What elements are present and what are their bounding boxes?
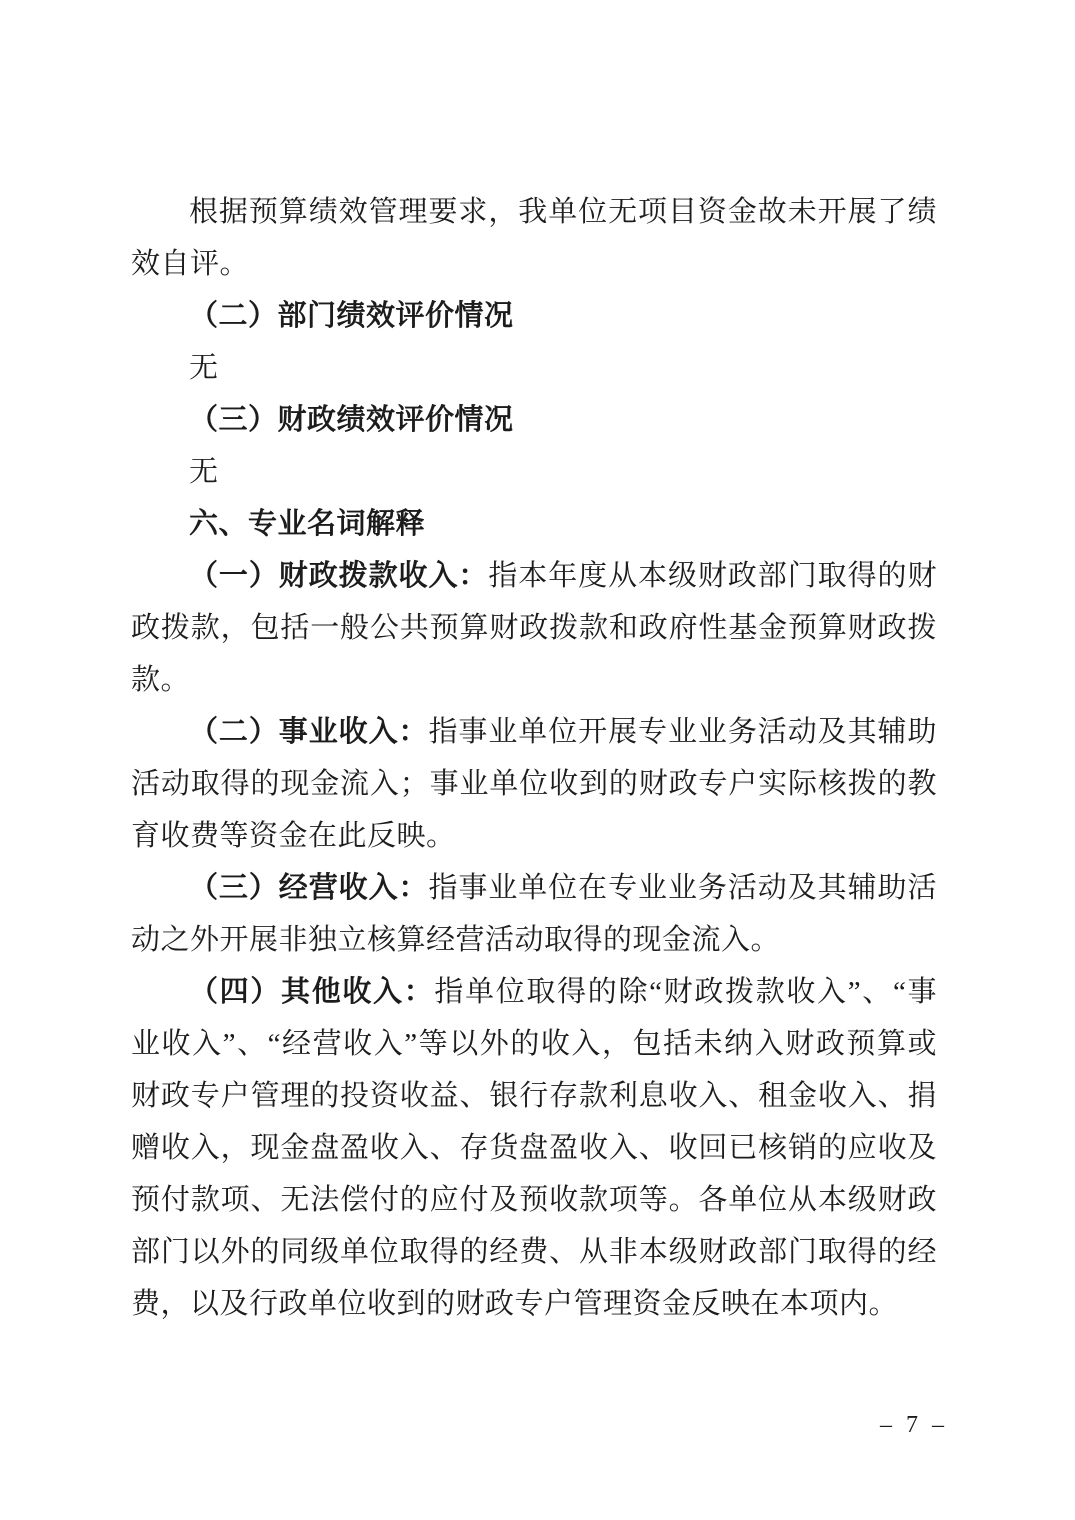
term-definition-other-income: 指单位取得的除“财政拨款收入”、“事业收入”、“经营收入”等以外的收入，包括未纳… (131, 976, 937, 1320)
text-none-2: 无 (131, 446, 937, 498)
text-none-1: 无 (131, 342, 937, 394)
term-label-other-income: （四）其他收入： (189, 976, 434, 1008)
document-content: 根据预算绩效管理要求，我单位无项目资金故未开展了绩效自评。 （二）部门绩效评价情… (131, 186, 937, 1330)
section-heading-terminology: 六、专业名词解释 (131, 498, 937, 550)
term-label-business-income: （三）经营收入： (189, 872, 429, 904)
paragraph-performance-self-eval: 根据预算绩效管理要求，我单位无项目资金故未开展了绩效自评。 (131, 186, 937, 290)
term-paragraph-operating-income-public: （二）事业收入：指事业单位开展专业业务活动及其辅助活动取得的现金流入；事业单位收… (131, 706, 937, 862)
term-paragraph-other-income: （四）其他收入：指单位取得的除“财政拨款收入”、“事业收入”、“经营收入”等以外… (131, 966, 937, 1330)
term-paragraph-fiscal-appropriation-income: （一）财政拨款收入：指本年度从本级财政部门取得的财政拨款，包括一般公共预算财政拨… (131, 550, 937, 706)
page-number: – 7 – (880, 1408, 948, 1442)
document-page: 根据预算绩效管理要求，我单位无项目资金故未开展了绩效自评。 （二）部门绩效评价情… (0, 0, 1075, 1520)
term-label-fiscal-appropriation-income: （一）财政拨款收入： (189, 560, 488, 592)
section-heading-department-performance-eval: （二）部门绩效评价情况 (131, 290, 937, 342)
term-label-institution-income: （二）事业收入： (189, 716, 429, 748)
section-heading-fiscal-performance-eval: （三）财政绩效评价情况 (131, 394, 937, 446)
term-paragraph-business-income: （三）经营收入：指事业单位在专业业务活动及其辅助活动之外开展非独立核算经营活动取… (131, 862, 937, 966)
